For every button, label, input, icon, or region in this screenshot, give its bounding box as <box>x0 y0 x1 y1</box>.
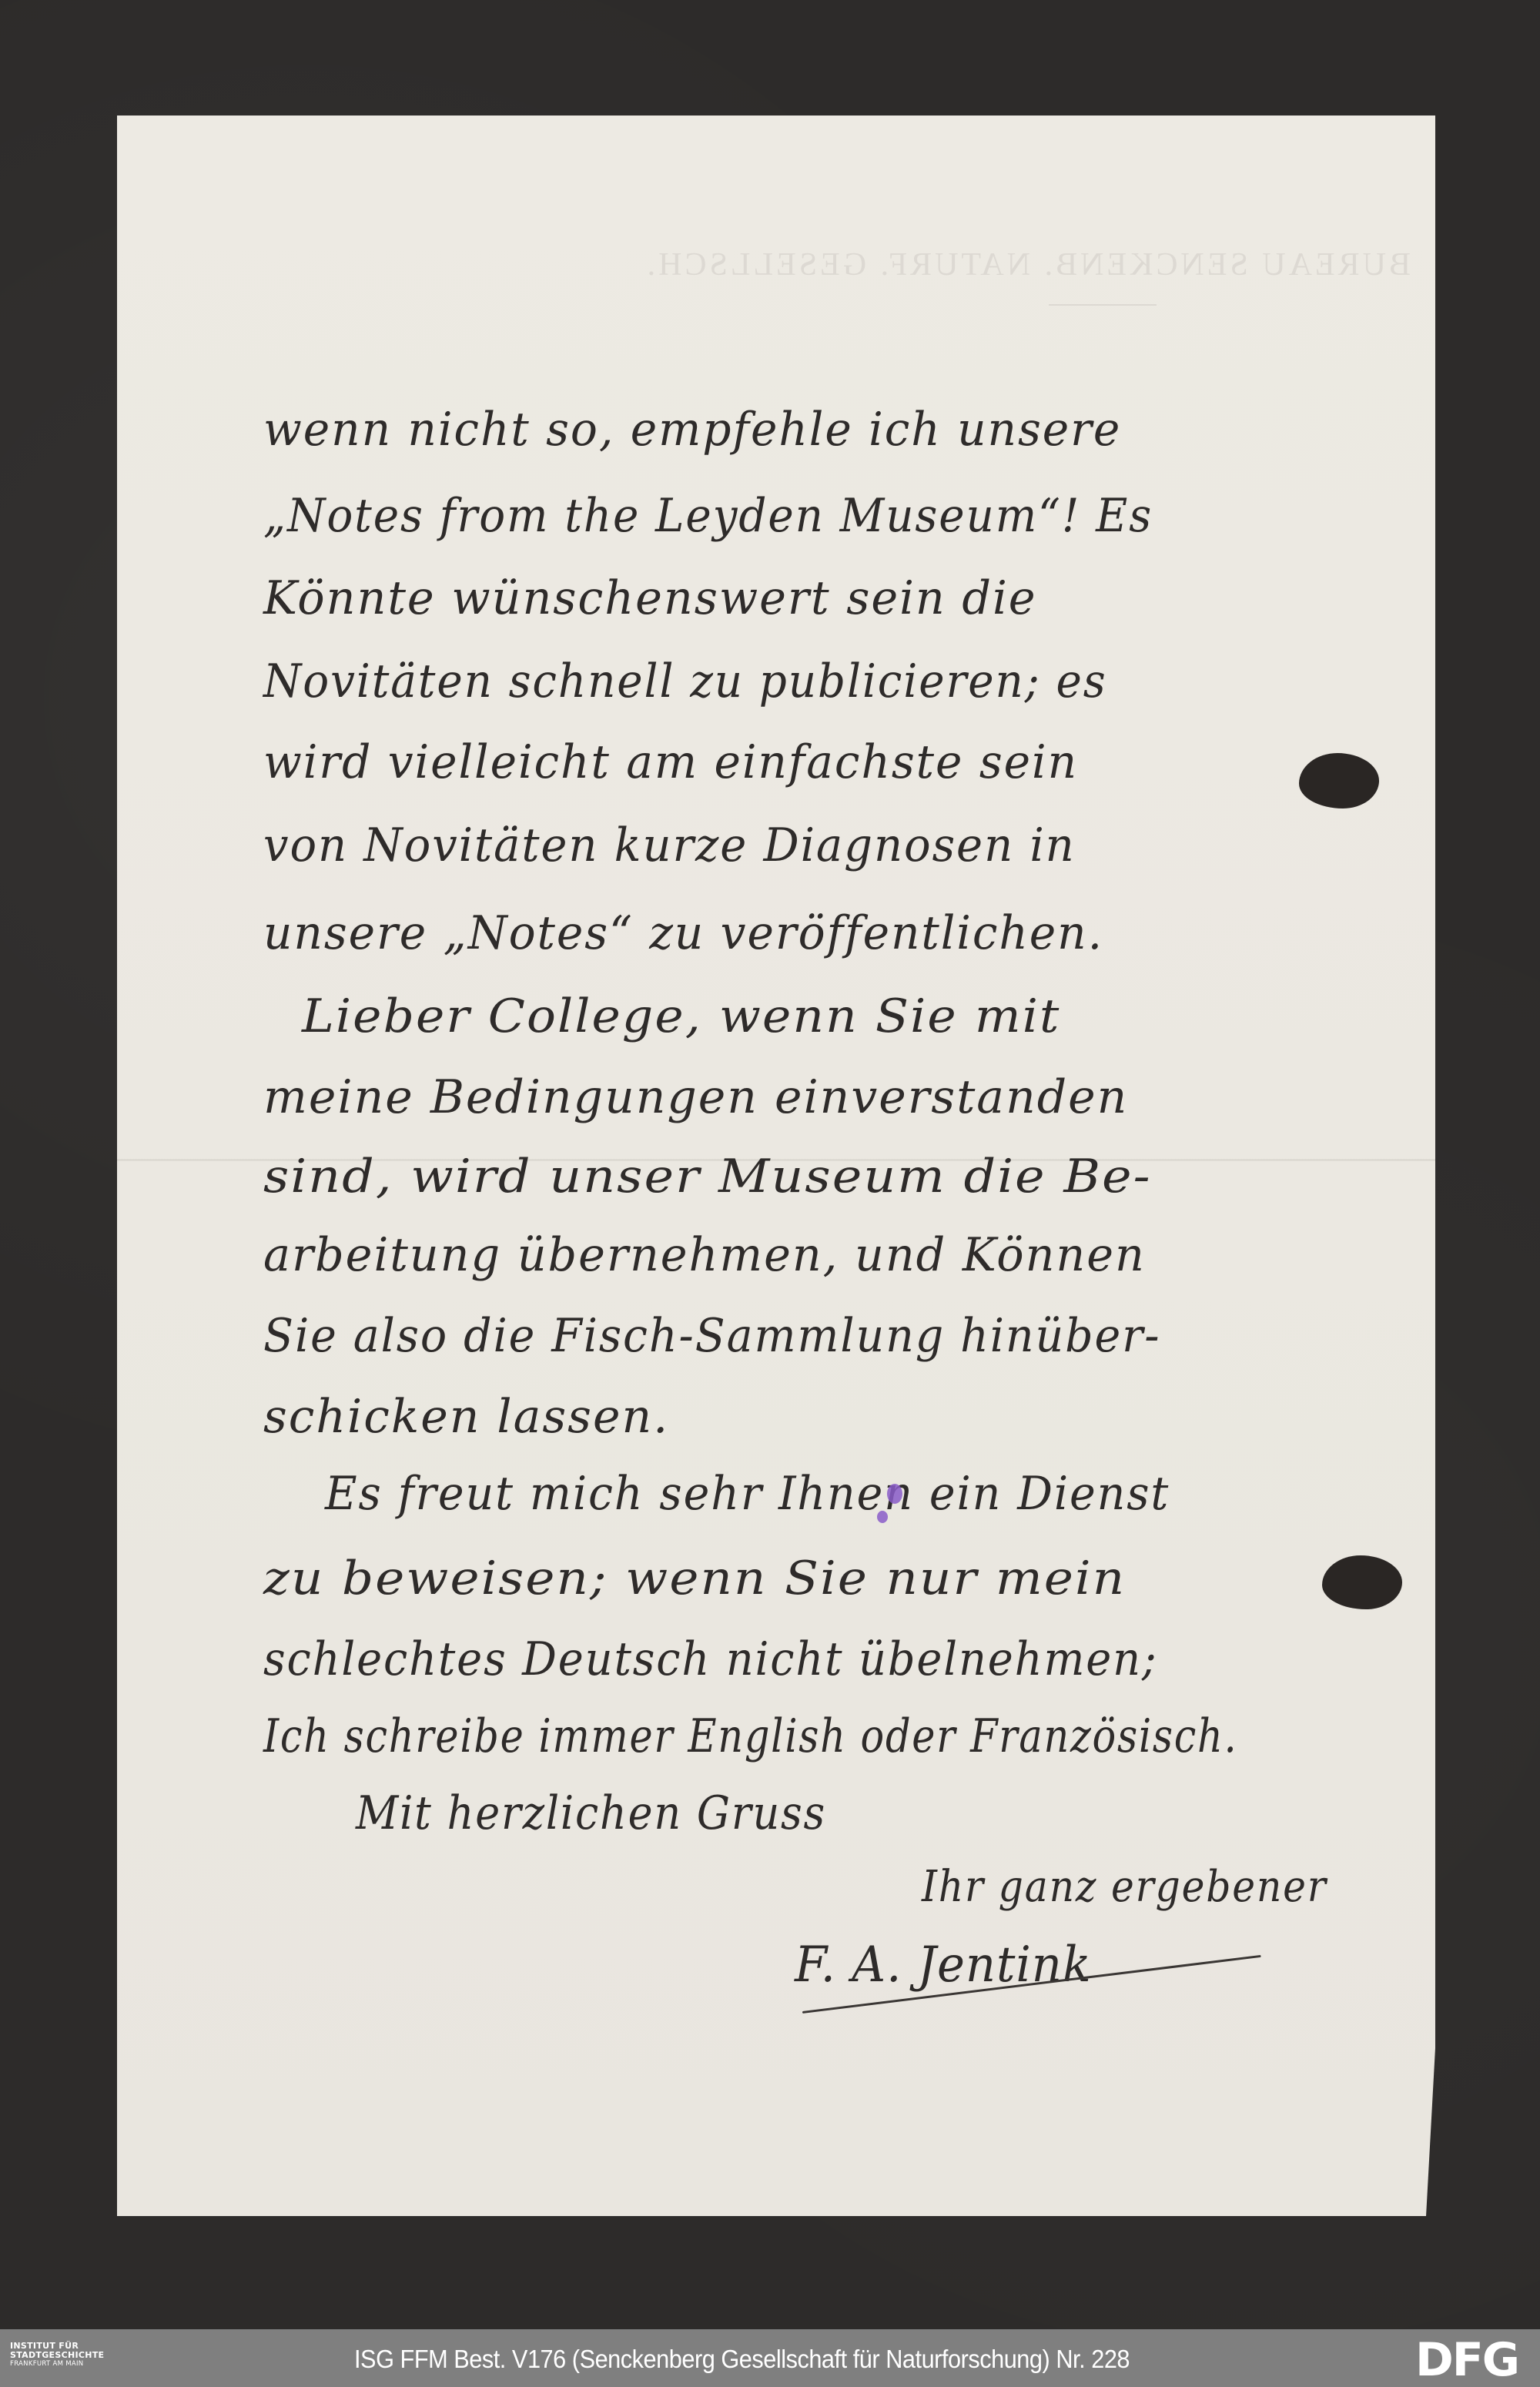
text-line: von Novitäten kurze Diagnosen in <box>263 822 1076 869</box>
text-line: Ihr ganz ergebener <box>922 1866 1327 1909</box>
isg-institution-logo: INSTITUT FÜR STADTGESCHICHTE FRANKFURT A… <box>10 2342 104 2368</box>
text-line: sind, wird unser Museum die Be- <box>263 1153 1152 1200</box>
ink-blot <box>1299 753 1379 808</box>
text-line: zu beweisen; wenn Sie nur mein <box>263 1555 1126 1602</box>
text-line: Ich schreibe immer English oder Französi… <box>263 1713 1237 1759</box>
text-line: unsere „Notes“ zu veröffentlichen. <box>263 910 1103 956</box>
handwritten-text: wenn nicht so, empfehle ich unsere „Note… <box>117 115 1435 2216</box>
purple-ink-stain <box>887 1484 902 1504</box>
text-line: Es freut mich sehr Ihnen ein Dienst <box>325 1471 1170 1517</box>
institution-line-1: INSTITUT FÜR <box>10 2342 104 2350</box>
archive-footer-bar: INSTITUT FÜR STADTGESCHICHTE FRANKFURT A… <box>0 2329 1540 2387</box>
text-line: wenn nicht so, empfehle ich unsere <box>263 407 1121 453</box>
text-line: Lieber College, wenn Sie mit <box>302 993 1060 1039</box>
institution-line-3: FRANKFURT AM MAIN <box>10 2361 104 2368</box>
dfg-logo: DFG <box>1415 2337 1518 2383</box>
text-line: Könnte wünschenswert sein die <box>263 575 1036 621</box>
text-line: „Notes from the Leyden Museum“! Es <box>263 493 1153 539</box>
text-line: schicken lassen. <box>263 1394 669 1440</box>
text-line: Sie also die Fisch-Sammlung hinüber- <box>263 1313 1160 1359</box>
text-line: wird vielleicht am einfachste sein <box>263 739 1078 785</box>
text-line: meine Bedingungen einverstanden <box>263 1074 1128 1120</box>
text-line: Mit herzlichen Gruss <box>356 1790 826 1836</box>
text-line: Novitäten schnell zu publicieren; es <box>263 658 1107 705</box>
institution-line-2: STADTGESCHICHTE <box>10 2351 104 2359</box>
document-viewer: BUREAU SENCKENB. NATURF. GESELLSCH. wenn… <box>0 0 1540 2329</box>
archive-signature-caption: ISG FFM Best. V176 (Senckenberg Gesellsc… <box>354 2345 1130 2374</box>
letter-page: BUREAU SENCKENB. NATURF. GESELLSCH. wenn… <box>117 115 1435 2216</box>
text-line: schlechtes Deutsch nicht übelnehmen; <box>263 1636 1158 1682</box>
purple-ink-stain <box>877 1511 888 1523</box>
text-line: arbeitung übernehmen, und Können <box>263 1232 1146 1278</box>
ink-blot <box>1322 1555 1402 1609</box>
